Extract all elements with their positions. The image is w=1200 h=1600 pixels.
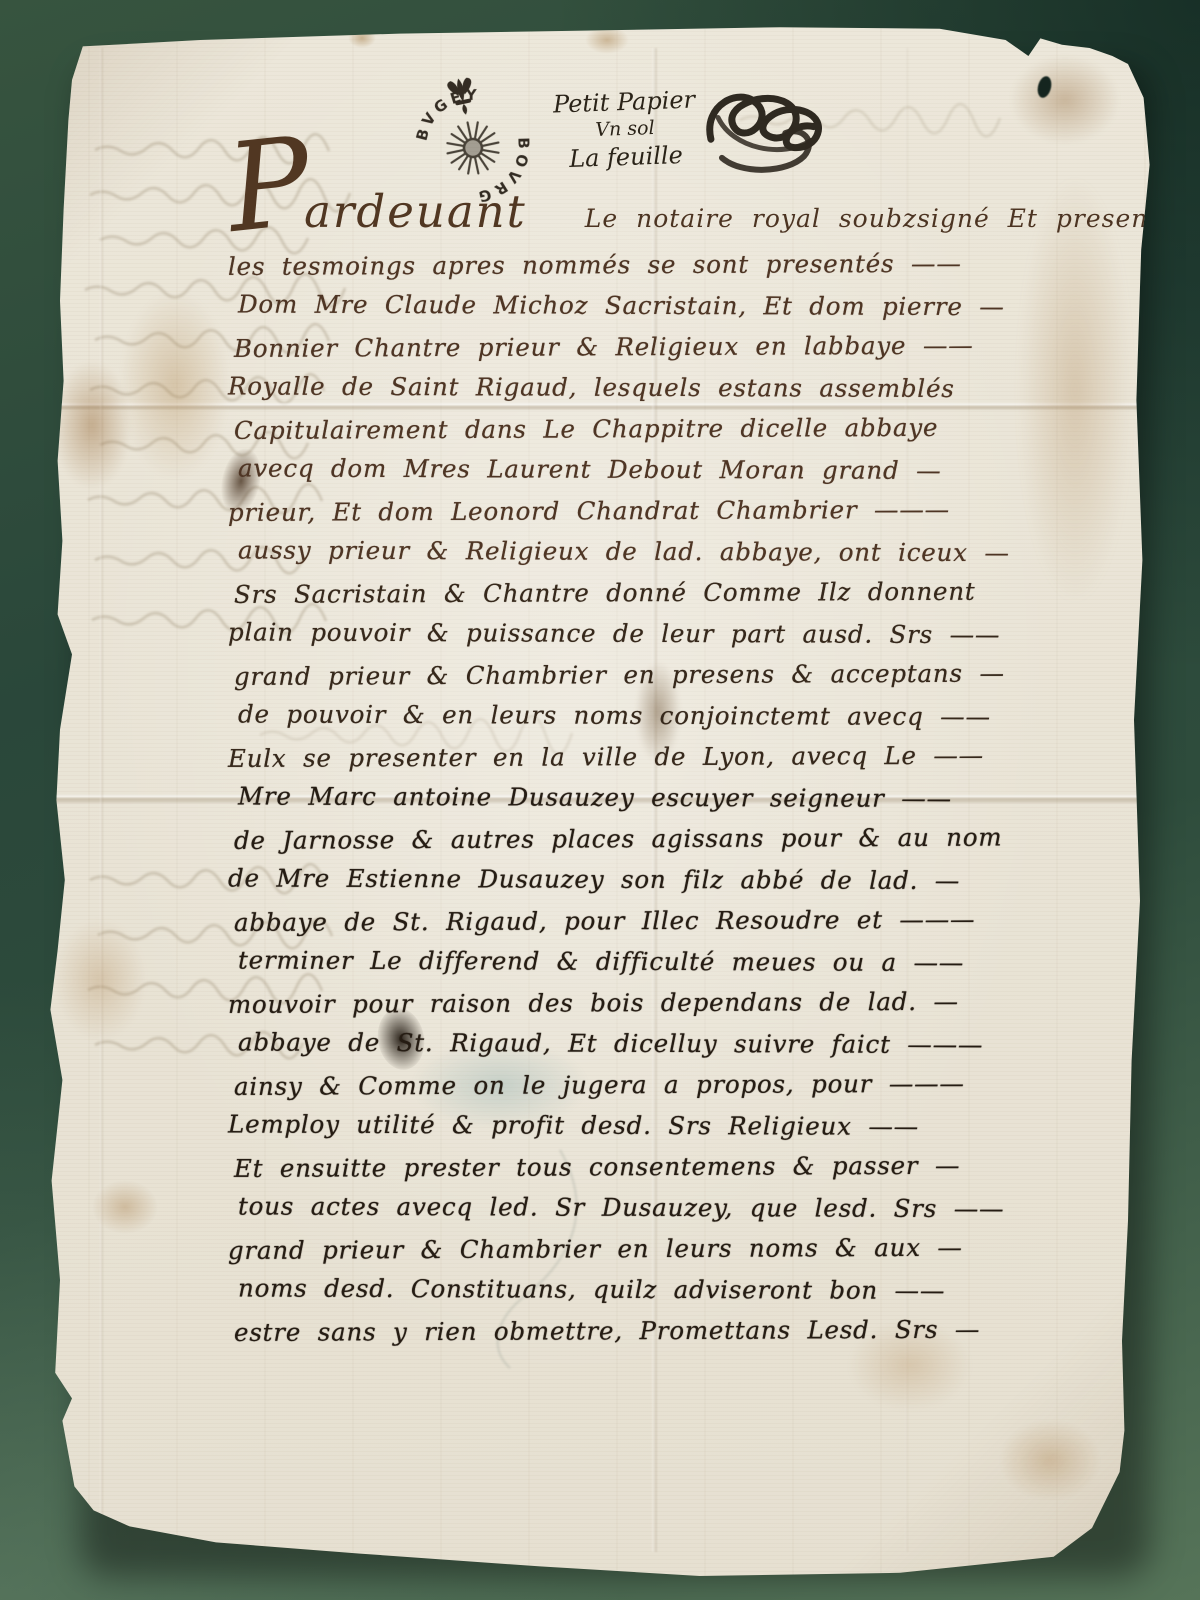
paper-stain [92, 1180, 158, 1234]
manuscript-line: aussy prieur & Religieux de lad. abbaye,… [238, 535, 1114, 579]
manuscript-lines: les tesmoings apres nommés se sont prese… [234, 250, 1114, 1357]
manuscript-line: de pouvoir & en leurs noms conjoinctemt … [238, 699, 1114, 743]
opening-word: ardeuant [304, 185, 527, 238]
manuscript-line: Bonnier Chantre prieur & Religieux en la… [234, 330, 1114, 375]
paper-stain [52, 360, 132, 490]
manuscript-line: Royalle de Saint Rigaud, lesquels estans… [228, 371, 1114, 415]
manuscript-line: Eulx se presenter en la ville de Lyon, a… [228, 740, 1114, 785]
manuscript-line: plain pouvoir & puissance de leur part a… [228, 617, 1114, 661]
photo-backdrop: { "photo": { "background_color": "#2e4c3… [0, 0, 1200, 1600]
manuscript-line: tous actes avecq led. Sr Dusauzey, que l… [238, 1191, 1114, 1235]
manuscript-line: noms desd. Constituans, quilz adviseront… [238, 1273, 1114, 1317]
manuscript-line: grand prieur & Chambrier en leurs noms &… [228, 1232, 1114, 1277]
paper-stain [1000, 1420, 1100, 1500]
manuscript-line: les tesmoings apres nommés se sont prese… [228, 248, 1114, 293]
manuscript-line: Dom Mre Claude Michoz Sacristain, Et dom… [238, 289, 1114, 333]
paper-stain [585, 26, 629, 54]
manuscript-line: de Jarnosse & autres places agissans pou… [234, 822, 1114, 867]
manuscript-line: terminer Le differend & difficulté meues… [238, 945, 1114, 989]
manuscript-line: prieur, Et dom Leonord Chandrat Chambrie… [228, 494, 1114, 539]
manuscript-line: abbaye de St. Rigaud, Et dicelluy suivre… [238, 1027, 1114, 1071]
paper-stain [120, 290, 230, 480]
worm-hole [1036, 75, 1054, 99]
paper-stain [348, 28, 376, 48]
manuscript-line: de Mre Estienne Dusauzey son filz abbé d… [228, 863, 1114, 907]
manuscript-line: Mre Marc antoine Dusauzey escuyer seigne… [238, 781, 1114, 825]
stamp-label-line1: Petit Papier [539, 85, 710, 119]
manuscript-line: abbaye de St. Rigaud, pour Illec Resoudr… [234, 904, 1114, 949]
manuscript-sheet: BVGEY BOVRG BRESSE Petit Papier Vn sol L… [0, 0, 1200, 1600]
manuscript-line: estre sans y rien obmettre, Promettans L… [234, 1314, 1114, 1359]
opening-line: P ardeuant Le notaire royal soubzsigné E… [228, 138, 1162, 238]
manuscript-line: grand prieur & Chambrier en presens & ac… [234, 658, 1114, 703]
manuscript-line: Capitulairement dans Le Chappitre dicell… [234, 412, 1114, 457]
manuscript-line: Srs Sacristain & Chantre donné Comme Ilz… [234, 576, 1114, 621]
fold-crease-vertical [100, 48, 103, 1552]
paper-stain [55, 920, 145, 1040]
manuscript-line: ainsy & Comme on le jugera a propos, pou… [234, 1068, 1114, 1113]
drop-cap: P [223, 134, 315, 237]
opening-line-text: Le notaire royal soubzsigné Et presens [585, 204, 1162, 233]
manuscript-line: avecq dom Mres Laurent Debout Moran gran… [238, 453, 1114, 497]
paper-stain [1010, 55, 1120, 145]
manuscript-line: Lemploy utilité & profit desd. Srs Relig… [228, 1109, 1114, 1153]
manuscript-line: mouvoir pour raison des bois dependans d… [228, 986, 1114, 1031]
manuscript-line: Et ensuitte prester tous consentemens & … [234, 1150, 1114, 1195]
